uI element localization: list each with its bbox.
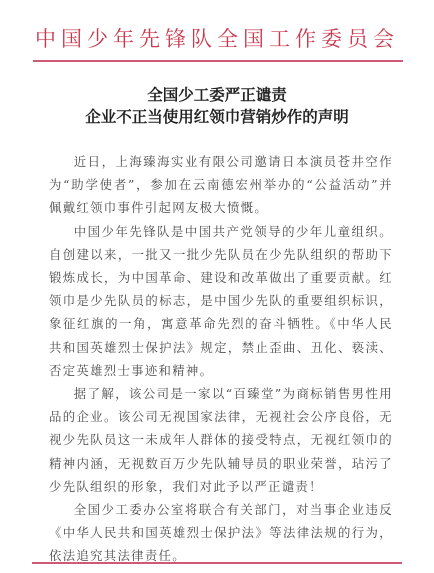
paragraph: 全国少工委办公室将联合有关部门，对当事企业违反《中华人民共和国英雄烈士保护法》等… [49, 498, 393, 568]
document-title-line2: 企业不正当使用红领巾营销炒作的声明 [0, 107, 434, 127]
paragraph: 据了解，该公司是一家以“百臻堂”为商标销售男性用品的企业。该公司无视国家法律，无… [49, 382, 393, 498]
document-body: 近日，上海臻海实业有限公司邀请日本演员苍井空作为“助学使者”，参加在云南德宏州举… [49, 150, 393, 568]
letterhead-organization: 中国少年先锋队全国工作委员会 [0, 26, 434, 52]
paragraph: 中国少年先锋队是中国共产党领导的少年儿童组织。自创建以来，一批又一批少先队员在少… [49, 220, 393, 382]
document-title-line1: 全国少工委严正谴责 [0, 85, 434, 105]
letterhead-divider [33, 60, 403, 62]
paragraph: 近日，上海臻海实业有限公司邀请日本演员苍井空作为“助学使者”，参加在云南德宏州举… [49, 150, 393, 220]
footer-divider [32, 562, 402, 564]
